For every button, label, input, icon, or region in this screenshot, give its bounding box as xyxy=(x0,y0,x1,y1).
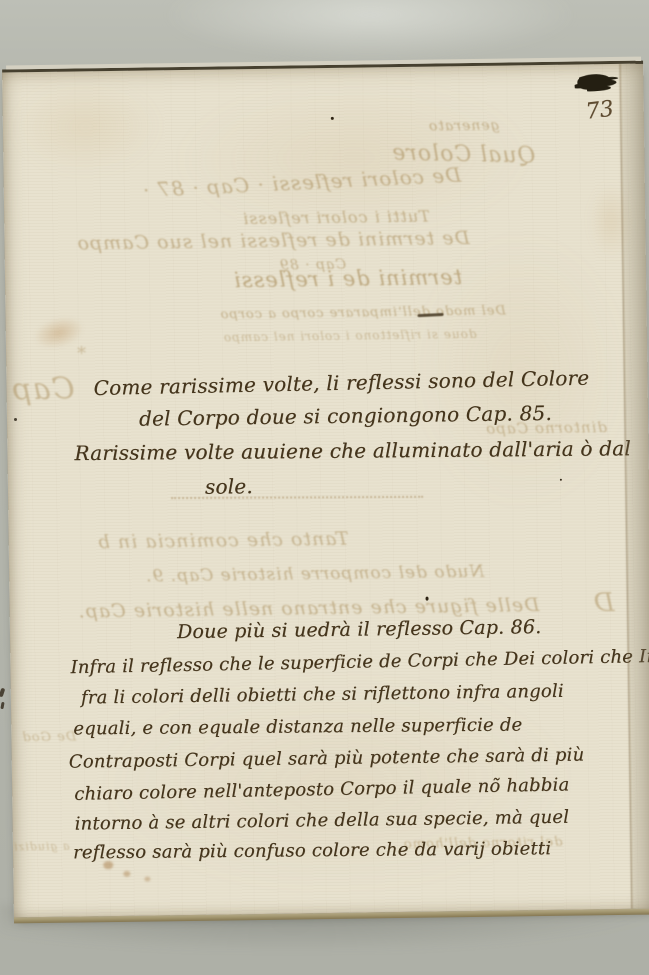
library-stamp-icon xyxy=(577,73,612,91)
scanner-background-highlight xyxy=(160,0,580,60)
binding-ink-mark xyxy=(14,418,17,421)
chapter-86-body-line: Infra il reflesso che le superficie de C… xyxy=(70,646,649,678)
bleedthrough-mark: * xyxy=(76,343,86,364)
ink-speck xyxy=(426,597,429,601)
bleedthrough-text: doue si riflettono i colori nel campo xyxy=(223,327,477,345)
ink-stain xyxy=(10,78,161,175)
bleedthrough-text: Del modo dell'imparare corpo a corpo xyxy=(219,304,505,323)
bleedthrough-text: termini de i reflessi xyxy=(233,265,462,292)
bleedthrough-text: De termini de reflessi nel suo Campo xyxy=(76,227,469,254)
chapter-85-body-line: sole. xyxy=(205,474,253,499)
chapter-85-heading-line: Come rarissime volte, li reflessi sono d… xyxy=(93,366,589,400)
manuscript-scan: generato Qual Colore De colori reflessi … xyxy=(0,0,649,975)
chapter-86-body-line: fra li colori delli obietti che si rifle… xyxy=(81,681,564,709)
bleedthrough-text: generato xyxy=(428,118,500,135)
bleedthrough-text: a giudizi xyxy=(13,840,70,854)
binding-ink-mark xyxy=(0,702,4,709)
bleedthrough-text: Tanto che comincia in b xyxy=(97,528,349,554)
ink-stain xyxy=(123,871,130,877)
bleedthrough-text: Nudo del comporre historie Cap. 9. xyxy=(145,562,484,587)
binding-ink-mark xyxy=(0,688,5,698)
bleedthrough-text: Cap xyxy=(11,372,75,408)
chapter-86-body-line: chiaro colore nell'anteposto Corpo il qu… xyxy=(74,774,570,805)
chapter-86-heading-line: Doue più si uedrà il reflesso Cap. 86. xyxy=(177,616,542,643)
folio-number: 73 xyxy=(584,97,615,125)
chapter-86-body-line: Contraposti Corpi quel sarà più potente … xyxy=(69,744,585,772)
chapter-86-body-line: equali, e con equale distanza nelle supe… xyxy=(73,714,522,739)
bleedthrough-text: De God xyxy=(21,730,76,746)
ink-speck xyxy=(560,479,562,481)
bleedthrough-text: Tutti i colori reflessi xyxy=(242,207,430,229)
ink-speck xyxy=(331,117,334,120)
bleedthrough-text: De colori reflessi · Cap · 87 · xyxy=(141,163,461,203)
bleedthrough-mark: D xyxy=(592,588,614,618)
chapter-86-body-line: reflesso sarà più confuso colore che da … xyxy=(73,838,551,863)
ink-stain xyxy=(144,877,150,882)
chapter-85-body-line: Rarissime volte auuiene che alluminato d… xyxy=(74,436,631,465)
chapter-86-body-line: intorno à se altri colori che della sua … xyxy=(75,807,570,835)
manuscript-page: generato Qual Colore De colori reflessi … xyxy=(2,61,649,918)
